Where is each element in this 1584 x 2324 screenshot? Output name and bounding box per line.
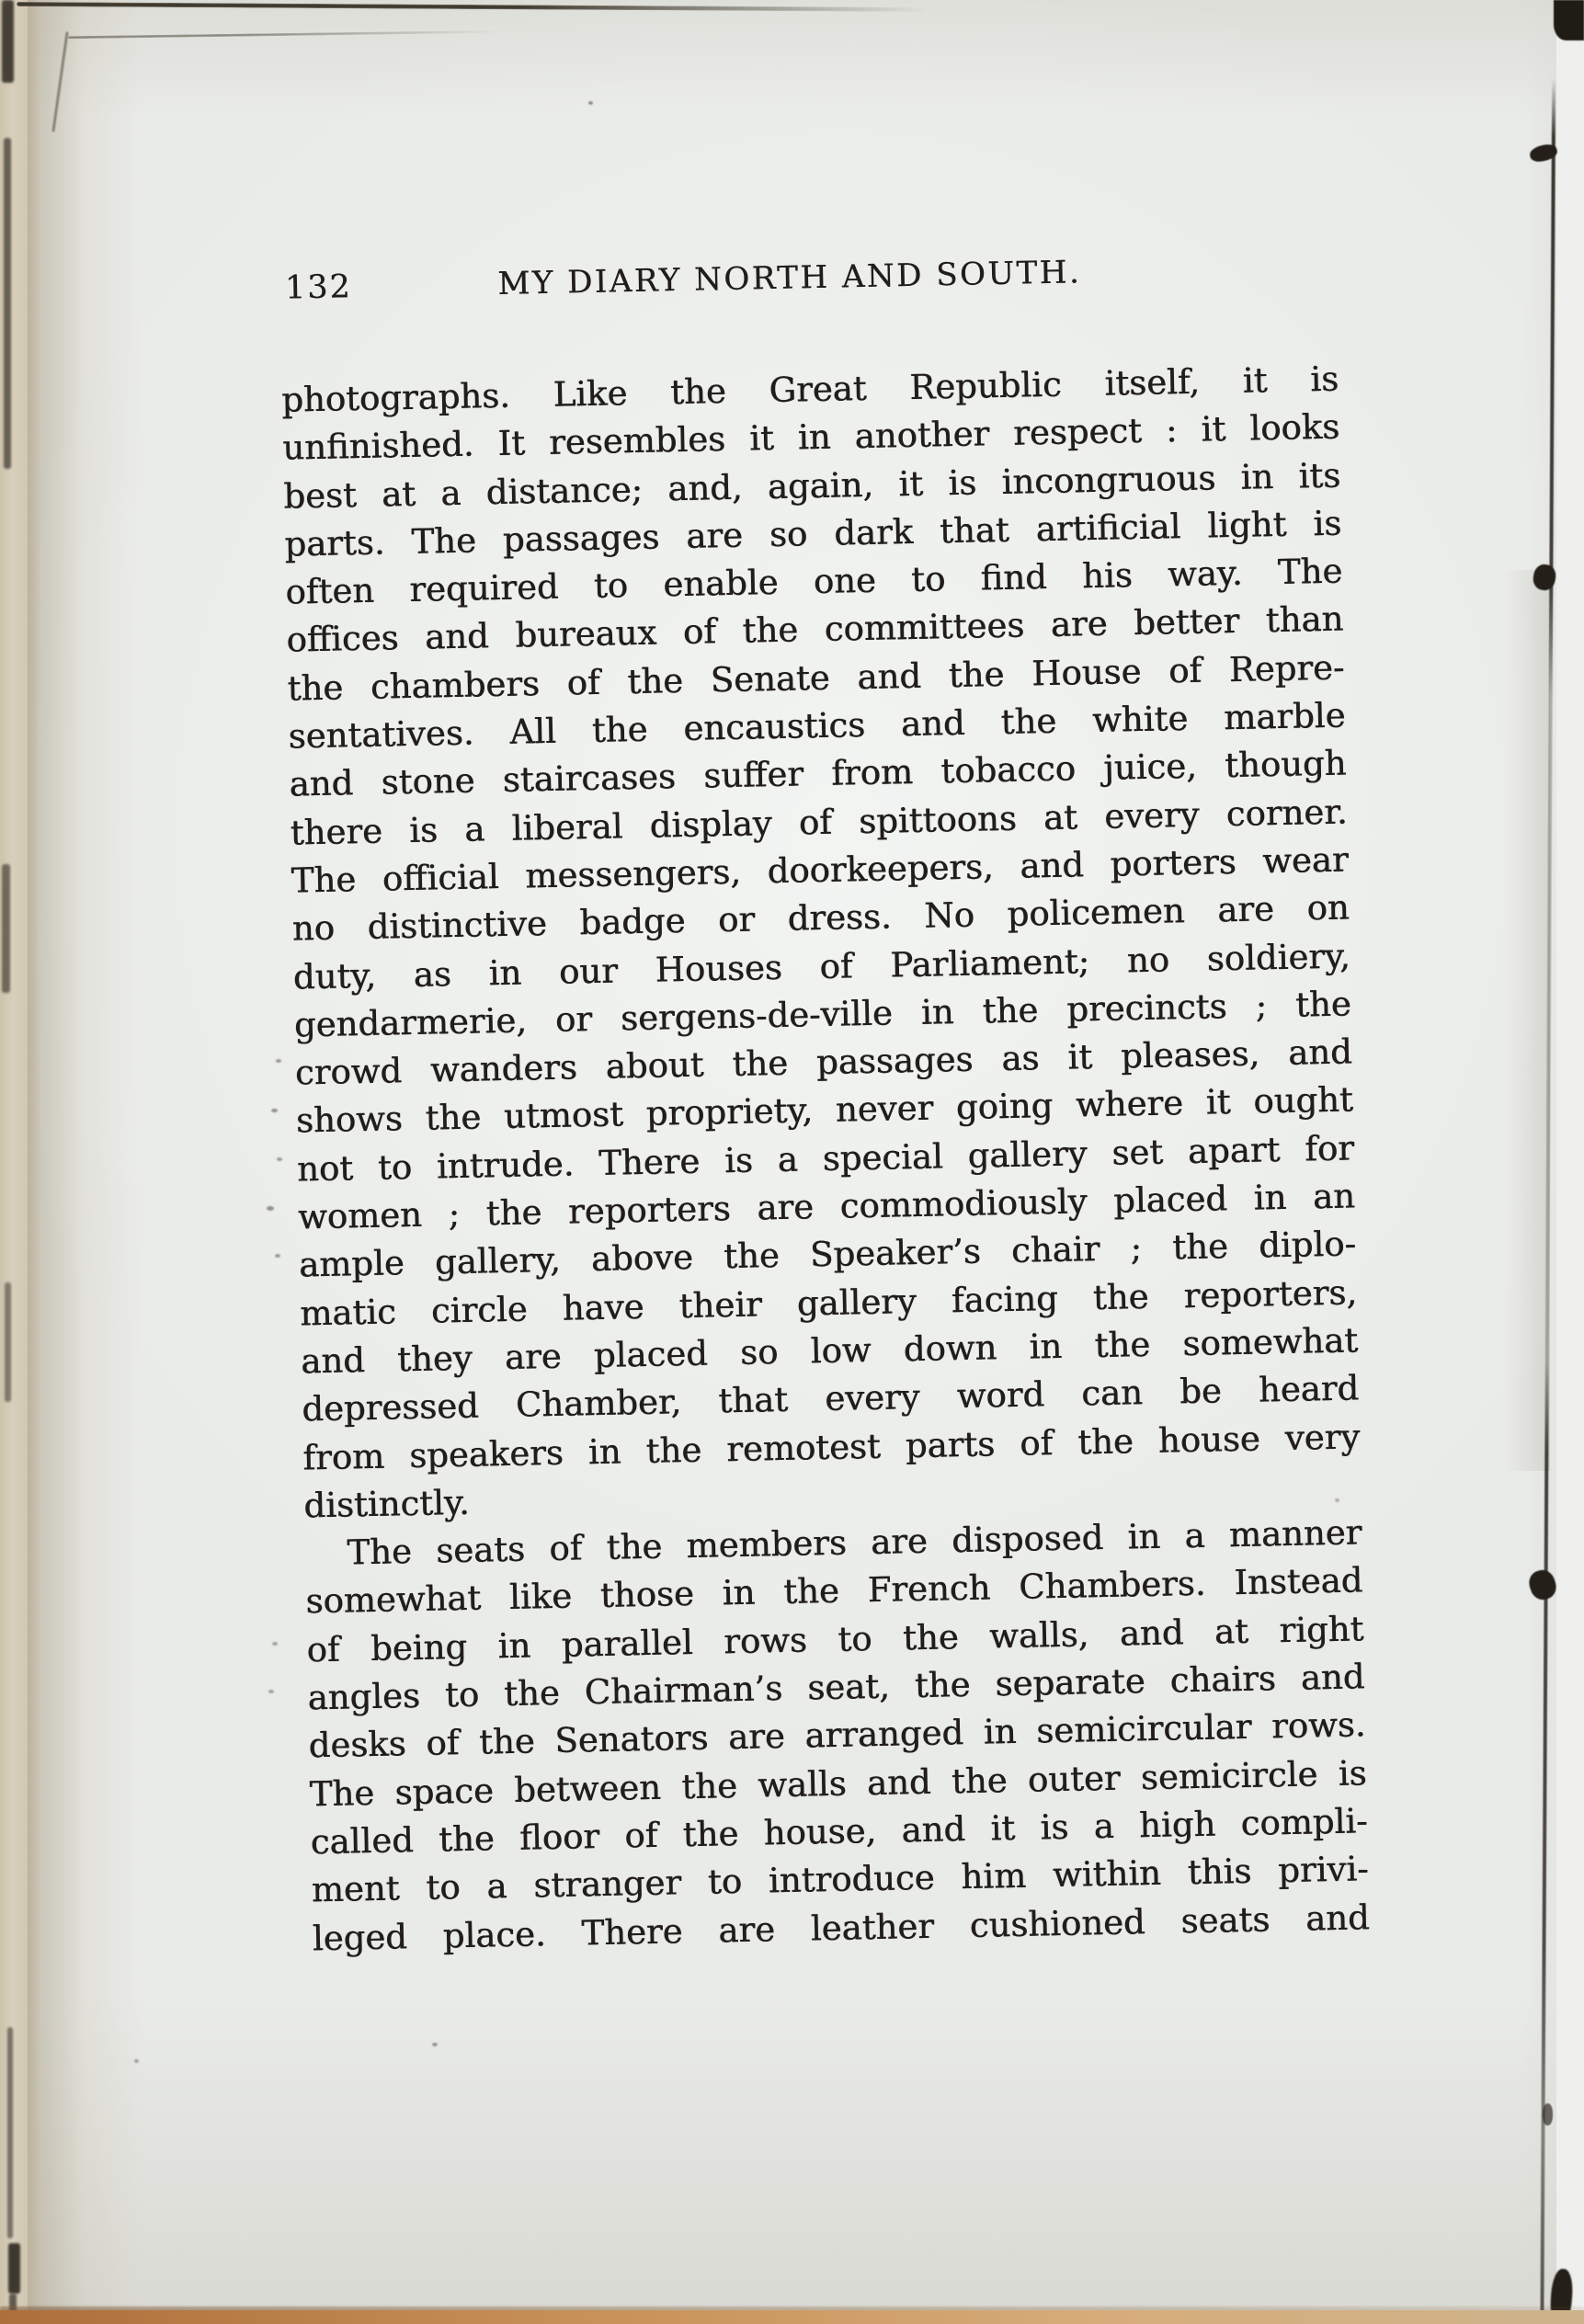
paper-speck (275, 1254, 280, 1258)
stitch-thread-mark (1543, 2103, 1553, 2125)
page-right-edge (1556, 0, 1584, 2324)
page-content: 132 MY DIARY NORTH AND SOUTH. photograph… (279, 240, 1370, 1964)
paper-speck (271, 1109, 278, 1112)
paper-speck (432, 2043, 438, 2046)
paper-speck (277, 1157, 282, 1161)
spine-ink-mark (2, 0, 14, 83)
spine-shadow (28, 0, 83, 2324)
paper-speck (272, 1642, 278, 1646)
running-title: MY DIARY NORTH AND SOUTH. (279, 249, 1337, 307)
spine-ink-mark (4, 138, 11, 469)
spine-ink-mark (8, 2243, 20, 2294)
paper-speck (588, 101, 593, 105)
paper-speck (267, 1206, 274, 1211)
next-page-edge (0, 2310, 1584, 2324)
page-curl-shadow (1504, 570, 1550, 1471)
top-right-corner-mark (1554, 0, 1584, 40)
spine-ink-mark (2, 864, 10, 993)
page-number: 132 (284, 268, 352, 306)
book-page-scan: 132 MY DIARY NORTH AND SOUTH. photograph… (0, 0, 1584, 2324)
spine-ink-mark (5, 1282, 11, 1402)
paper-speck (134, 2059, 139, 2063)
page-header: 132 MY DIARY NORTH AND SOUTH. (279, 249, 1337, 313)
spine-ink-mark (7, 2027, 13, 2239)
paper-speck (276, 1059, 281, 1063)
body-text: photographs. Like the Great Republic its… (281, 356, 1370, 1964)
paper-speck (268, 1690, 274, 1693)
